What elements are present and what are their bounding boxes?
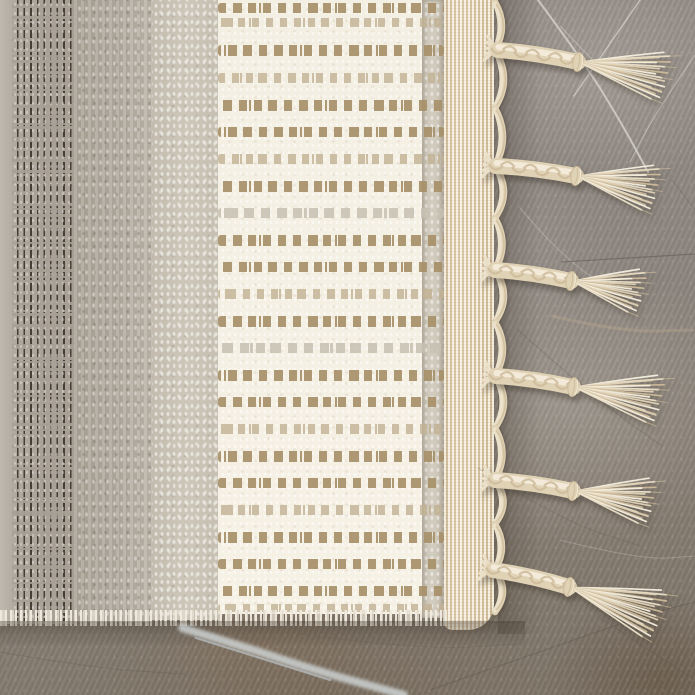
braided-tassels bbox=[479, 36, 681, 642]
tassel bbox=[479, 556, 678, 642]
tassel bbox=[484, 36, 680, 103]
tassel bbox=[482, 362, 674, 426]
tassel bbox=[481, 466, 665, 527]
tassel bbox=[481, 256, 656, 316]
tassel-and-vein-overlay bbox=[0, 0, 695, 695]
photo-canvas bbox=[0, 0, 695, 695]
fringe-loops bbox=[494, 2, 506, 612]
